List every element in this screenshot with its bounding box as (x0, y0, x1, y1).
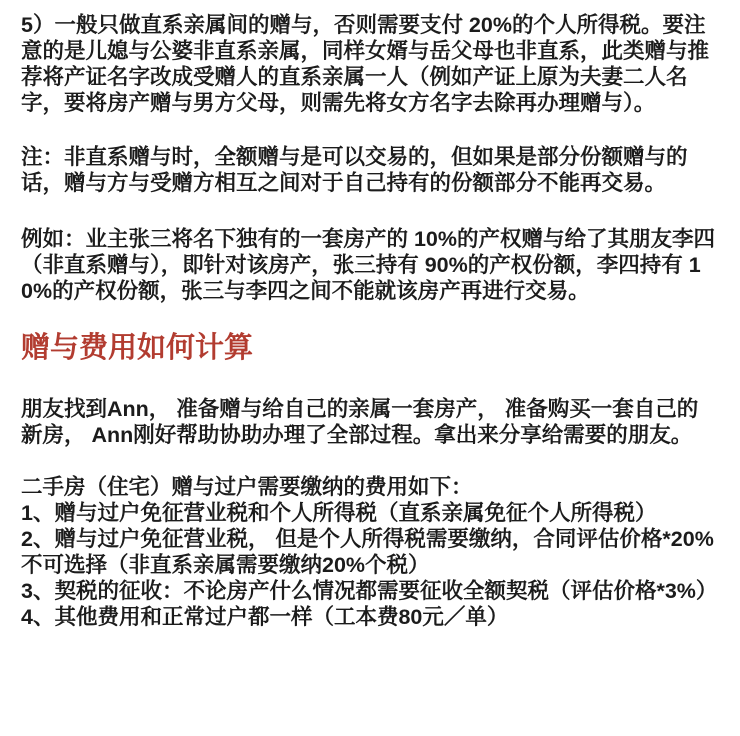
paragraph-example-zhangsan-lisi: 例如：业主张三将名下独有的一套房产的 10%的产权赠与给了其朋友李四（非直系赠与… (21, 226, 719, 304)
paragraph-ann-intro: 朋友找到Ann， 准备赠与给自己的亲属一套房产， 准备购买一套自己的新房， An… (21, 396, 719, 448)
paragraph-note-non-direct-gift: 注：非直系赠与时，全额赠与是可以交易的，但如果是部分份额赠与的话，赠与方与受赠方… (21, 144, 719, 196)
fee-list-item-1: 1、赠与过户免征营业税和个人所得税（直系亲属免征个人所得税） (21, 500, 719, 526)
paragraph-gift-rule-5: 5）一般只做直系亲属间的赠与，否则需要支付 20%的个人所得税。要注意的是儿媳与… (21, 12, 719, 116)
article-page: 5）一般只做直系亲属间的赠与，否则需要支付 20%的个人所得税。要注意的是儿媳与… (0, 0, 740, 736)
fee-list-intro: 二手房（住宅）赠与过户需要缴纳的费用如下： (21, 474, 719, 500)
fee-list-item-2: 2、赠与过户免征营业税， 但是个人所得税需要缴纳，合同评估价格*20%不可选择（… (21, 526, 719, 578)
fee-list-item-4: 4、其他费用和正常过户都一样（工本费80元／单） (21, 604, 719, 630)
section-heading-gift-fee-calculation: 赠与费用如何计算 (21, 330, 719, 366)
fee-list: 二手房（住宅）赠与过户需要缴纳的费用如下： 1、赠与过户免征营业税和个人所得税（… (21, 474, 719, 630)
fee-list-item-3: 3、契税的征收：不论房产什么情况都需要征收全额契税（评估价格*3%） (21, 578, 719, 604)
